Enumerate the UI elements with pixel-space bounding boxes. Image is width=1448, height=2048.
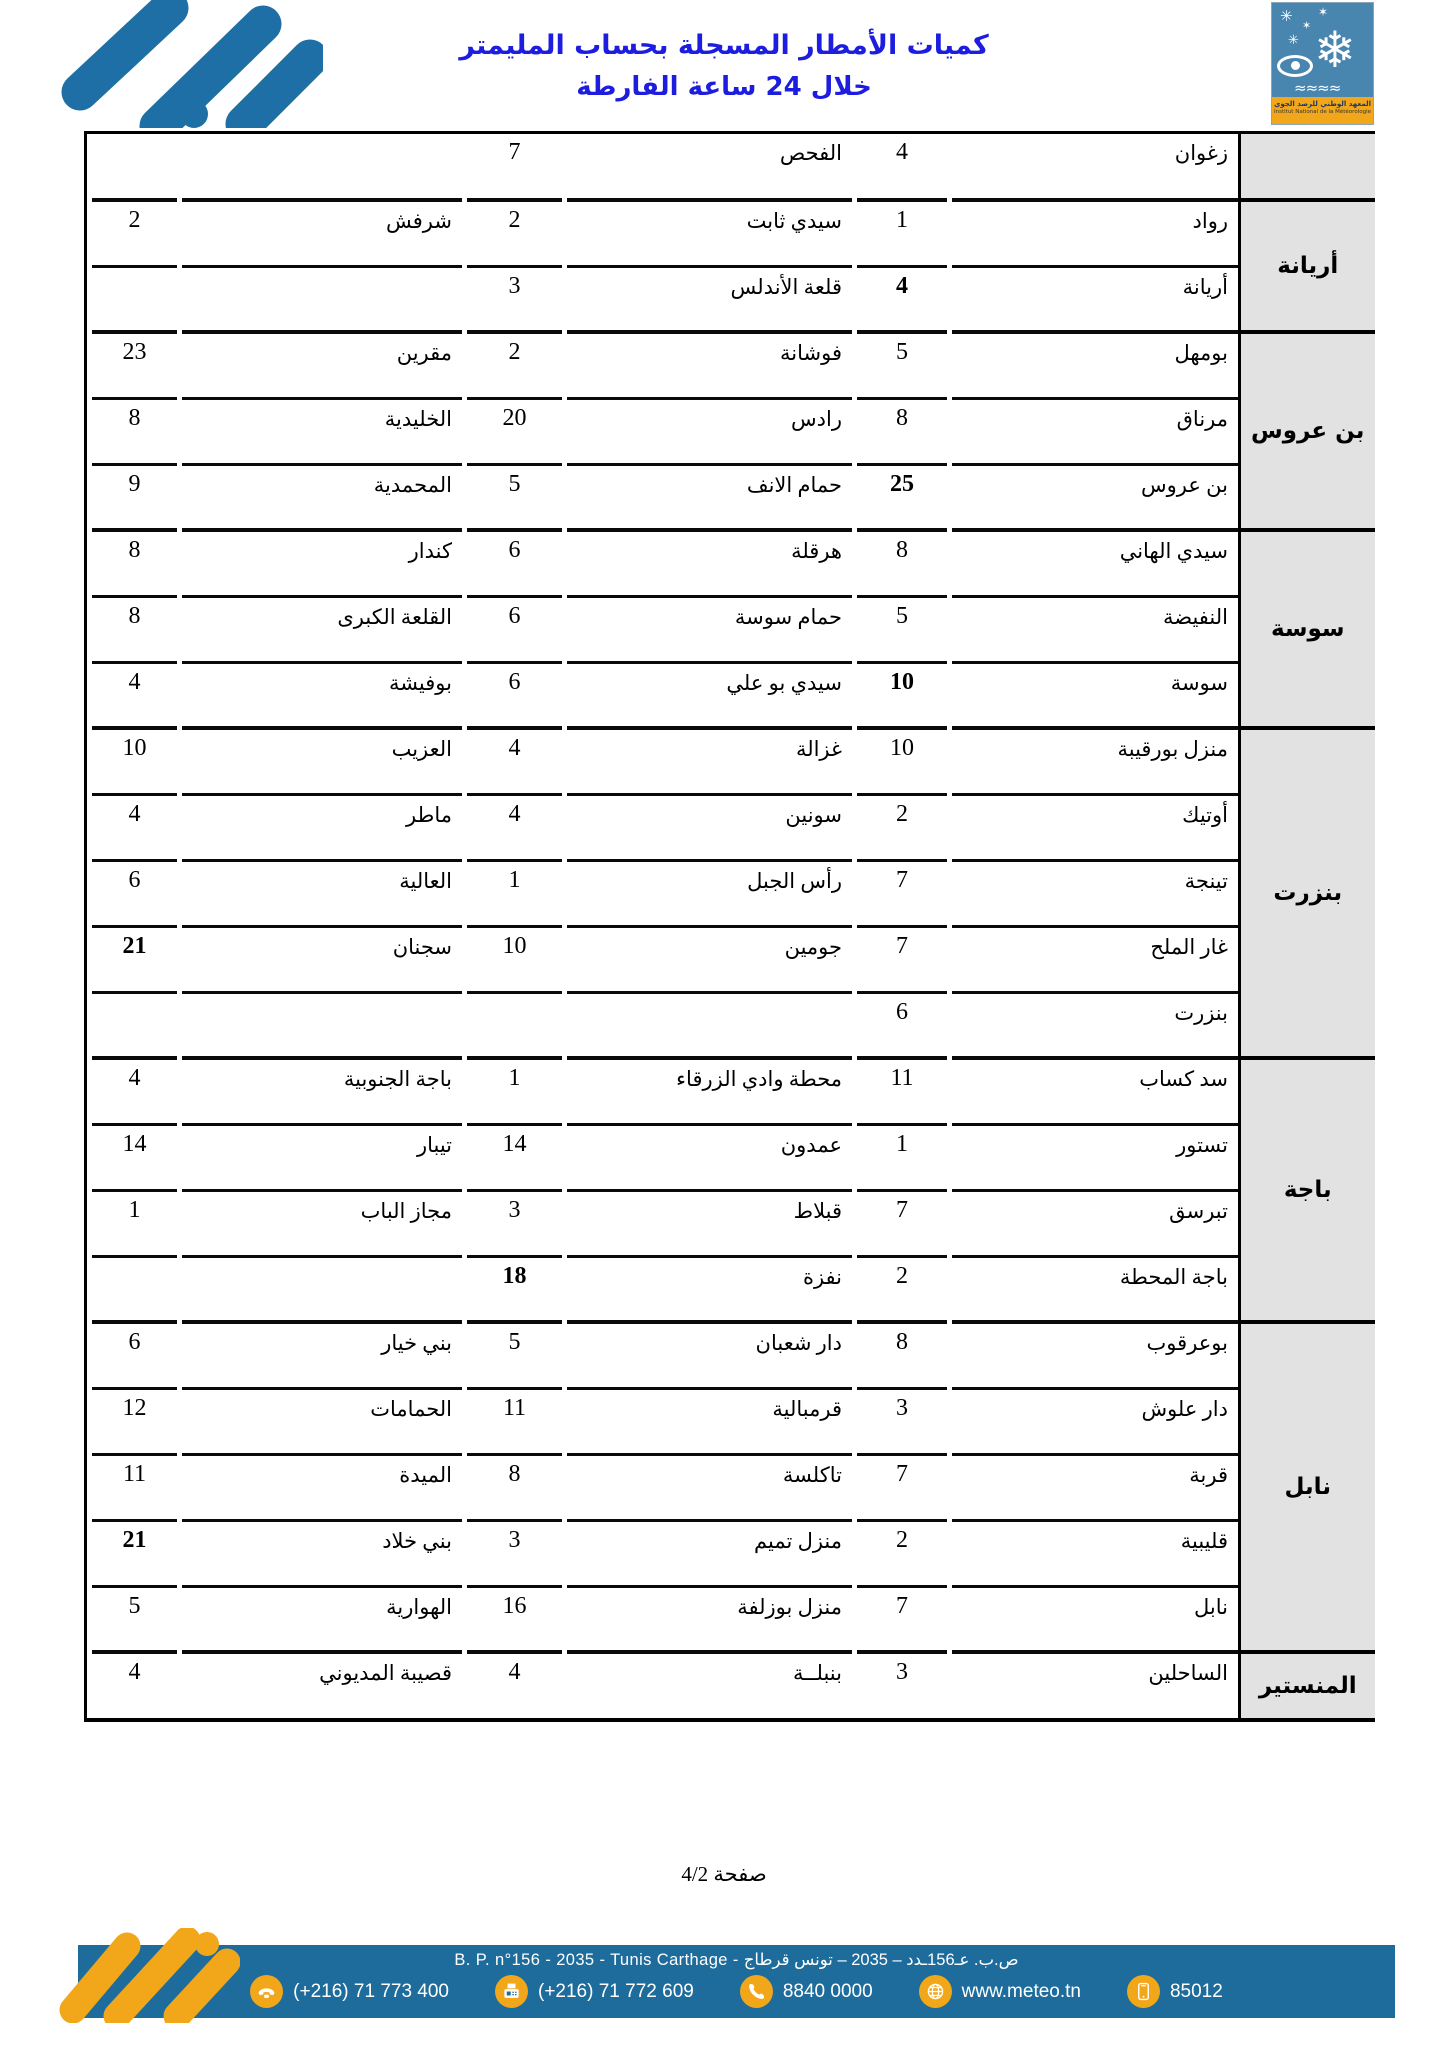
- rain-value-cell: 8: [90, 530, 180, 596]
- station-name-cell: عمدون: [565, 1124, 855, 1190]
- region-cell: [1240, 134, 1375, 200]
- rain-value-cell: 4: [90, 794, 180, 860]
- rain-value-cell: [90, 266, 180, 332]
- rain-value-cell: [90, 992, 180, 1058]
- table-row: تينجة7رأس الجبل1العالية6: [90, 860, 1375, 926]
- emblem-caption: المعهد الوطني للرصد الجوي Institut Natio…: [1272, 97, 1373, 124]
- station-name-cell: سونين: [565, 794, 855, 860]
- rain-value-cell: 7: [855, 1190, 950, 1256]
- station-name-cell: غزالة: [565, 728, 855, 794]
- station-name-cell: قرمبالية: [565, 1388, 855, 1454]
- eye-icon: [1277, 55, 1313, 77]
- waves-icon: ≈≈≈≈: [1294, 79, 1340, 97]
- station-name-cell: دار علوش: [950, 1388, 1240, 1454]
- station-name-cell: العالية: [180, 860, 465, 926]
- station-name-cell: الفحص: [565, 134, 855, 200]
- table-row: تبرسق7قبلاط3مجاز الباب1: [90, 1190, 1375, 1256]
- rain-value-cell: 10: [855, 662, 950, 728]
- station-name-cell: قربة: [950, 1454, 1240, 1520]
- table-row: دار علوش3قرمبالية11الحمامات12: [90, 1388, 1375, 1454]
- contact-label: www.meteo.tn: [962, 1981, 1081, 2003]
- rain-value-cell: 7: [855, 926, 950, 992]
- rain-value-cell: 4: [465, 794, 565, 860]
- station-name-cell: بومهل: [950, 332, 1240, 398]
- station-name-cell: رأس الجبل: [565, 860, 855, 926]
- station-name-cell: تينجة: [950, 860, 1240, 926]
- table-row: أريانةرواد1سيدي ثابت2شرفش2: [90, 200, 1375, 266]
- page-number: صفحة 4/2: [0, 1862, 1448, 1887]
- station-name-cell: منزل تميم: [565, 1520, 855, 1586]
- station-name-cell: [180, 992, 465, 1058]
- station-name-cell: دار شعبان: [565, 1322, 855, 1388]
- table-row: بن عروسبومهل5فوشانة2مقرين23: [90, 332, 1375, 398]
- station-name-cell: نابل: [950, 1586, 1240, 1652]
- emblem-caption-arabic: المعهد الوطني للرصد الجوي: [1272, 100, 1373, 109]
- station-name-cell: سيدي ثابت: [565, 200, 855, 266]
- rain-value-cell: 20: [465, 398, 565, 464]
- footer-contact: (+216) 71 773 400: [250, 1975, 449, 2008]
- rain-value-cell: 8: [855, 530, 950, 596]
- station-name-cell: رواد: [950, 200, 1240, 266]
- footer-address: B. P. n°156 - 2035 - Tunis Carthage - ص.…: [78, 1945, 1395, 1970]
- contact-label: (+216) 71 773 400: [293, 1981, 449, 2003]
- table-row: باجةسد كساب11محطة وادي الزرقاء1باجة الجن…: [90, 1058, 1375, 1124]
- station-name-cell: باجة الجنوبية: [180, 1058, 465, 1124]
- rain-value-cell: 4: [465, 1652, 565, 1718]
- station-name-cell: [180, 1256, 465, 1322]
- rain-value-cell: 1: [855, 200, 950, 266]
- rain-value-cell: 5: [855, 332, 950, 398]
- station-name-cell: حمام سوسة: [565, 596, 855, 662]
- rain-value-cell: 5: [90, 1586, 180, 1652]
- table-row: بنزرتمنزل بورقيبة10غزالة4العزيب10: [90, 728, 1375, 794]
- station-name-cell: مقرين: [180, 332, 465, 398]
- station-name-cell: زغوان: [950, 134, 1240, 200]
- rainfall-table: زغوان4الفحص7أريانةرواد1سيدي ثابت2شرفش2أر…: [84, 131, 1375, 1722]
- table-row: النفيضة5حمام سوسة6القلعة الكبرى8: [90, 596, 1375, 662]
- rain-value-cell: 2: [855, 1520, 950, 1586]
- rain-value-cell: 21: [90, 926, 180, 992]
- table-row: بن عروس25حمام الانف5المحمدية9: [90, 464, 1375, 530]
- station-name-cell: قصيبة المديوني: [180, 1652, 465, 1718]
- station-name-cell: نفزة: [565, 1256, 855, 1322]
- footer-contacts: (+216) 71 773 400(+216) 71 772 6098840 0…: [78, 1975, 1395, 2008]
- stripes-icon: [55, 1928, 240, 2023]
- rain-value-cell: 1: [465, 1058, 565, 1124]
- station-name-cell: تستور: [950, 1124, 1240, 1190]
- station-name-cell: بني خيار: [180, 1322, 465, 1388]
- rain-value-cell: 3: [855, 1388, 950, 1454]
- rain-value-cell: 8: [855, 1322, 950, 1388]
- table-row: سوسة10سيدي بو علي6بوفيشة4: [90, 662, 1375, 728]
- rain-value-cell: 1: [855, 1124, 950, 1190]
- station-name-cell: قليبية: [950, 1520, 1240, 1586]
- region-cell: المنستير: [1240, 1652, 1375, 1718]
- rain-value-cell: 5: [855, 596, 950, 662]
- region-cell: أريانة: [1240, 200, 1375, 332]
- rain-value-cell: 9: [90, 464, 180, 530]
- rain-value-cell: 6: [855, 992, 950, 1058]
- station-name-cell: أريانة: [950, 266, 1240, 332]
- rain-value-cell: 8: [90, 596, 180, 662]
- rain-value-cell: 12: [90, 1388, 180, 1454]
- station-name-cell: القلعة الكبرى: [180, 596, 465, 662]
- station-name-cell: بوفيشة: [180, 662, 465, 728]
- rain-value-cell: 21: [90, 1520, 180, 1586]
- region-cell: باجة: [1240, 1058, 1375, 1322]
- station-name-cell: النفيضة: [950, 596, 1240, 662]
- rain-value-cell: [90, 1256, 180, 1322]
- station-name-cell: سد كساب: [950, 1058, 1240, 1124]
- station-name-cell: بنزرت: [950, 992, 1240, 1058]
- rain-value-cell: 10: [90, 728, 180, 794]
- station-name-cell: جومين: [565, 926, 855, 992]
- rain-value-cell: 7: [855, 1454, 950, 1520]
- rain-value-cell: [90, 134, 180, 200]
- contact-label: (+216) 71 772 609: [538, 1981, 694, 2003]
- rain-value-cell: 6: [465, 662, 565, 728]
- snowflake-icon: ❄: [1314, 21, 1356, 79]
- rain-value-cell: 16: [465, 1586, 565, 1652]
- station-name-cell: حمام الانف: [565, 464, 855, 530]
- rain-value-cell: 3: [465, 266, 565, 332]
- phone-handset-icon: [740, 1975, 773, 2008]
- station-name-cell: منزل بورقيبة: [950, 728, 1240, 794]
- rain-value-cell: 7: [855, 860, 950, 926]
- station-name-cell: المحمدية: [180, 464, 465, 530]
- station-name-cell: باجة المحطة: [950, 1256, 1240, 1322]
- rain-value-cell: 7: [465, 134, 565, 200]
- table-row: نابلبوعرقوب8دار شعبان5بني خيار6: [90, 1322, 1375, 1388]
- report-page: { "header": { "title_line1": "كميات الأم…: [0, 0, 1448, 2048]
- station-name-cell: سيدي الهاني: [950, 530, 1240, 596]
- rain-value-cell: 5: [465, 1322, 565, 1388]
- rain-value-cell: 10: [465, 926, 565, 992]
- rain-value-cell: 6: [90, 1322, 180, 1388]
- footer: B. P. n°156 - 2035 - Tunis Carthage - ص.…: [78, 1945, 1395, 2018]
- star-icon: ✶: [1318, 5, 1328, 19]
- station-name-cell: الهوارية: [180, 1586, 465, 1652]
- table-row: بنزرت6: [90, 992, 1375, 1058]
- footer-contact: 8840 0000: [740, 1975, 873, 2008]
- station-name-cell: تاكلسة: [565, 1454, 855, 1520]
- rain-value-cell: 3: [465, 1520, 565, 1586]
- rain-value-cell: 8: [855, 398, 950, 464]
- rain-value-cell: 23: [90, 332, 180, 398]
- station-name-cell: العزيب: [180, 728, 465, 794]
- rain-value-cell: 1: [465, 860, 565, 926]
- rain-value-cell: 8: [465, 1454, 565, 1520]
- rain-value-cell: [465, 992, 565, 1058]
- table-row: قليبية2منزل تميم3بني خلاد21: [90, 1520, 1375, 1586]
- station-name-cell: مرناق: [950, 398, 1240, 464]
- station-name-cell: سيدي بو علي: [565, 662, 855, 728]
- station-name-cell: كندار: [180, 530, 465, 596]
- station-name-cell: الخليدية: [180, 398, 465, 464]
- station-name-cell: بني خلاد: [180, 1520, 465, 1586]
- station-name-cell: شرفش: [180, 200, 465, 266]
- table-row: باجة المحطة2نفزة18: [90, 1256, 1375, 1322]
- station-name-cell: قلعة الأندلس: [565, 266, 855, 332]
- contact-label: 85012: [1170, 1981, 1223, 2003]
- station-name-cell: قبلاط: [565, 1190, 855, 1256]
- title-line-1: كميات الأمطار المسجلة بحساب المليمتر: [0, 24, 1448, 67]
- table-row: سوسةسيدي الهاني8هرقلة6كندار8: [90, 530, 1375, 596]
- contact-label: 8840 0000: [783, 1981, 873, 2003]
- rain-value-cell: 4: [855, 266, 950, 332]
- table-row: مرناق8رادس20الخليدية8: [90, 398, 1375, 464]
- rain-value-cell: 4: [855, 134, 950, 200]
- rain-value-cell: 18: [465, 1256, 565, 1322]
- station-name-cell: بن عروس: [950, 464, 1240, 530]
- table-row: غار الملح7جومين10سجنان21: [90, 926, 1375, 992]
- rain-value-cell: 6: [90, 860, 180, 926]
- station-name-cell: سوسة: [950, 662, 1240, 728]
- rain-value-cell: 7: [855, 1586, 950, 1652]
- region-cell: سوسة: [1240, 530, 1375, 728]
- star-icon: ✳: [1288, 33, 1299, 48]
- rain-value-cell: 6: [465, 596, 565, 662]
- rain-value-cell: 2: [855, 1256, 950, 1322]
- rain-value-cell: 4: [465, 728, 565, 794]
- inm-emblem-logo: ❄ ✳ ✶ ✶ ✳ ≈≈≈≈ المعهد الوطني للرصد الجوي…: [1271, 2, 1374, 125]
- station-name-cell: مجاز الباب: [180, 1190, 465, 1256]
- station-name-cell: أوتيك: [950, 794, 1240, 860]
- station-name-cell: سجنان: [180, 926, 465, 992]
- rain-table-body: زغوان4الفحص7أريانةرواد1سيدي ثابت2شرفش2أر…: [90, 134, 1375, 1718]
- star-icon: ✳: [1280, 7, 1293, 25]
- table-row: تستور1عمدون14تيبار14: [90, 1124, 1375, 1190]
- rain-value-cell: 11: [855, 1058, 950, 1124]
- station-name-cell: محطة وادي الزرقاء: [565, 1058, 855, 1124]
- rain-value-cell: 2: [90, 200, 180, 266]
- rain-value-cell: 5: [465, 464, 565, 530]
- rain-value-cell: 4: [90, 1058, 180, 1124]
- table-row: المنستيرالساحلين3بنبلــة4قصيبة المديوني4: [90, 1652, 1375, 1718]
- station-name-cell: ماطر: [180, 794, 465, 860]
- mobile-icon: [1127, 1975, 1160, 2008]
- station-name-cell: الساحلين: [950, 1652, 1240, 1718]
- station-name-cell: [180, 266, 465, 332]
- telephone-icon: [250, 1975, 283, 2008]
- rain-value-cell: 11: [465, 1388, 565, 1454]
- star-icon: ✶: [1302, 19, 1311, 32]
- rain-value-cell: 2: [465, 200, 565, 266]
- rain-value-cell: 14: [90, 1124, 180, 1190]
- table-row: أوتيك2سونين4ماطر4: [90, 794, 1375, 860]
- station-name-cell: هرقلة: [565, 530, 855, 596]
- footer-contact: www.meteo.tn: [919, 1975, 1081, 2008]
- globe-icon: [919, 1975, 952, 2008]
- title-line-2: خلال 24 ساعة الفارطة: [0, 67, 1448, 109]
- station-name-cell: غار الملح: [950, 926, 1240, 992]
- footer-stripes-logo: [55, 1928, 240, 2023]
- station-name-cell: تيبار: [180, 1124, 465, 1190]
- region-cell: بن عروس: [1240, 332, 1375, 530]
- region-cell: بنزرت: [1240, 728, 1375, 1058]
- footer-contact: (+216) 71 772 609: [495, 1975, 694, 2008]
- region-cell: نابل: [1240, 1322, 1375, 1652]
- station-name-cell: تبرسق: [950, 1190, 1240, 1256]
- rain-value-cell: 4: [90, 1652, 180, 1718]
- rain-value-cell: 10: [855, 728, 950, 794]
- station-name-cell: [565, 992, 855, 1058]
- emblem-caption-french: Institut National de la Météorologie: [1272, 109, 1373, 116]
- rain-value-cell: 3: [465, 1190, 565, 1256]
- table-row: زغوان4الفحص7: [90, 134, 1375, 200]
- rain-value-cell: 25: [855, 464, 950, 530]
- station-name-cell: [180, 134, 465, 200]
- rain-value-cell: 6: [465, 530, 565, 596]
- station-name-cell: الحمامات: [180, 1388, 465, 1454]
- rain-value-cell: 1: [90, 1190, 180, 1256]
- rain-value-cell: 4: [90, 662, 180, 728]
- rain-value-cell: 2: [465, 332, 565, 398]
- table-row: أريانة4قلعة الأندلس3: [90, 266, 1375, 332]
- station-name-cell: رادس: [565, 398, 855, 464]
- station-name-cell: بوعرقوب: [950, 1322, 1240, 1388]
- rain-value-cell: 3: [855, 1652, 950, 1718]
- fax-icon: [495, 1975, 528, 2008]
- station-name-cell: منزل بوزلفة: [565, 1586, 855, 1652]
- station-name-cell: فوشانة: [565, 332, 855, 398]
- station-name-cell: بنبلــة: [565, 1652, 855, 1718]
- footer-contact: 85012: [1127, 1975, 1223, 2008]
- rain-value-cell: 2: [855, 794, 950, 860]
- rain-value-cell: 14: [465, 1124, 565, 1190]
- rain-value-cell: 11: [90, 1454, 180, 1520]
- rain-value-cell: 8: [90, 398, 180, 464]
- station-name-cell: الميدة: [180, 1454, 465, 1520]
- report-title: كميات الأمطار المسجلة بحساب المليمتر خلا…: [0, 24, 1448, 109]
- table-row: قربة7تاكلسة8الميدة11: [90, 1454, 1375, 1520]
- table-row: نابل7منزل بوزلفة16الهوارية5: [90, 1586, 1375, 1652]
